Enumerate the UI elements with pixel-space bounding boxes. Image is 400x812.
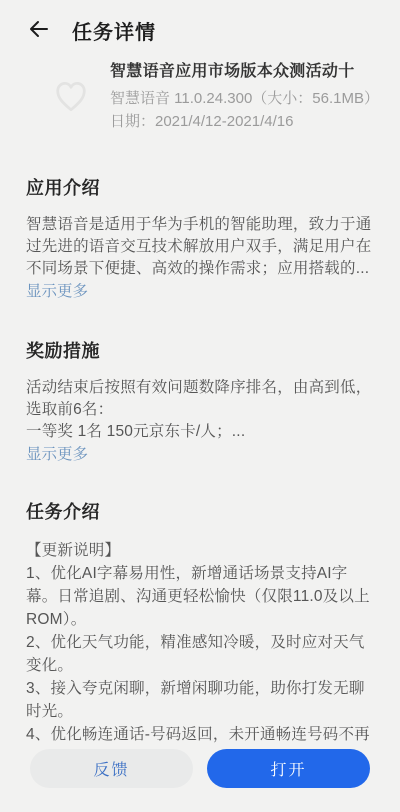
- reward-body-text: 一等奖 1名 150元京东卡/人；...: [26, 421, 374, 443]
- section-task-introduction: 任务介绍 【更新说明】 1、优化AI字幕易用性，新增通话场景支持AI字幕。日常追…: [0, 500, 400, 746]
- open-button[interactable]: 打开: [207, 749, 370, 788]
- app-meta: 智慧语音应用市场版本众测活动十 智慧语音 11.0.24.300（大小：56.1…: [110, 61, 374, 132]
- section-app-introduction: 应用介绍 智慧语音是适用于华为手机的智能助理，致力于通过先进的语音交互技术解放用…: [0, 176, 400, 303]
- reward-body-text: 活动结束后按照有效问题数降序排名，由高到低，选取前6名：: [26, 377, 374, 421]
- footer-action-bar: 反馈 打开: [30, 749, 370, 788]
- task-note-item: 2、优化天气功能，精准感知冷暖，及时应对天气变化。: [26, 631, 374, 677]
- task-note-item: 1、优化AI字幕易用性，新增通话场景支持AI字幕。日常追剧、沟通更轻松愉快（仅限…: [26, 562, 374, 631]
- feedback-button[interactable]: 反馈: [30, 749, 193, 788]
- app-date-range: 日期：2021/4/12-2021/4/16: [110, 112, 374, 132]
- header: 任务详情: [0, 0, 400, 45]
- show-more-link-intro[interactable]: 显示更多: [26, 281, 88, 303]
- task-note-item: 3、接入夸克闲聊，新增闲聊功能，助你打发无聊时光。: [26, 677, 374, 723]
- intro-body-text: 智慧语音是适用于华为手机的智能助理，致力于通过先进的语音交互技术解放用户双手，满…: [26, 214, 374, 280]
- page-title: 任务详情: [72, 16, 156, 45]
- section-heading-task: 任务介绍: [26, 500, 374, 525]
- task-update-notes-title: 【更新说明】: [26, 539, 374, 562]
- section-reward-measures: 奖励措施 活动结束后按照有效问题数降序排名，由高到低，选取前6名： 一等奖 1名…: [0, 339, 400, 466]
- app-activity-title: 智慧语音应用市场版本众测活动十: [110, 61, 374, 83]
- task-note-item: 4、优化畅连通话-号码返回，未开通畅连号码不再: [26, 723, 374, 746]
- section-heading-reward: 奖励措施: [26, 339, 374, 364]
- app-info-card: 智慧语音应用市场版本众测活动十 智慧语音 11.0.24.300（大小：56.1…: [48, 61, 374, 132]
- section-heading-intro: 应用介绍: [26, 176, 374, 201]
- back-arrow-icon: [27, 17, 51, 44]
- back-button[interactable]: [26, 18, 52, 44]
- app-version-size: 智慧语音 11.0.24.300（大小：56.1MB）: [110, 89, 374, 109]
- app-icon-placeholder: [48, 73, 94, 119]
- show-more-link-reward[interactable]: 显示更多: [26, 444, 88, 466]
- task-detail-screen: 任务详情 智慧语音应用市场版本众测活动十 智慧语音 11.0.24.300（大小…: [0, 0, 400, 812]
